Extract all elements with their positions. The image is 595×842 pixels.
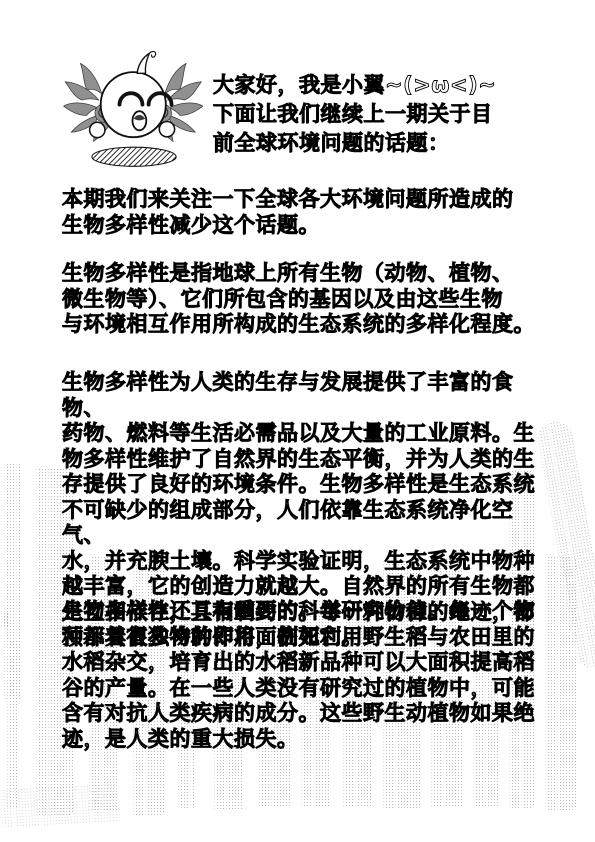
speech-text: 大家好，我是小翼~(>ω<)~ 下面让我们继续上一期关于目 前全球环境问题的话题… — [213, 71, 553, 158]
paragraph-definition: 生物多样性是指地球上所有生物（动物、植物、 微生物等）、它们所包含的基因以及由这… — [62, 261, 548, 338]
document-page: 大家好，我是小翼~(>ω<)~ 下面让我们继续上一期关于目 前全球环境问题的话题… — [0, 0, 595, 842]
watermark-bar — [6, 640, 19, 808]
watermark-bar — [0, 612, 10, 628]
paragraph-intro: 本期我们来关注一下全球各大环境问题所造成的 生物多样性减少这个话题。 — [62, 187, 548, 238]
mascot-head — [101, 72, 166, 137]
paragraph-research-value: 生物多样性还具有重要的科学研究价值。每一个物 种都具有独特的作用，例如利用野生稻… — [62, 599, 548, 752]
mascot-mouth — [133, 111, 147, 130]
mascot-xiaoyi — [62, 48, 203, 169]
mascot-curl-icon — [137, 51, 155, 73]
watermark-bar — [0, 783, 121, 829]
mascot-shadow — [92, 147, 176, 166]
mascot-illustration — [62, 48, 203, 169]
